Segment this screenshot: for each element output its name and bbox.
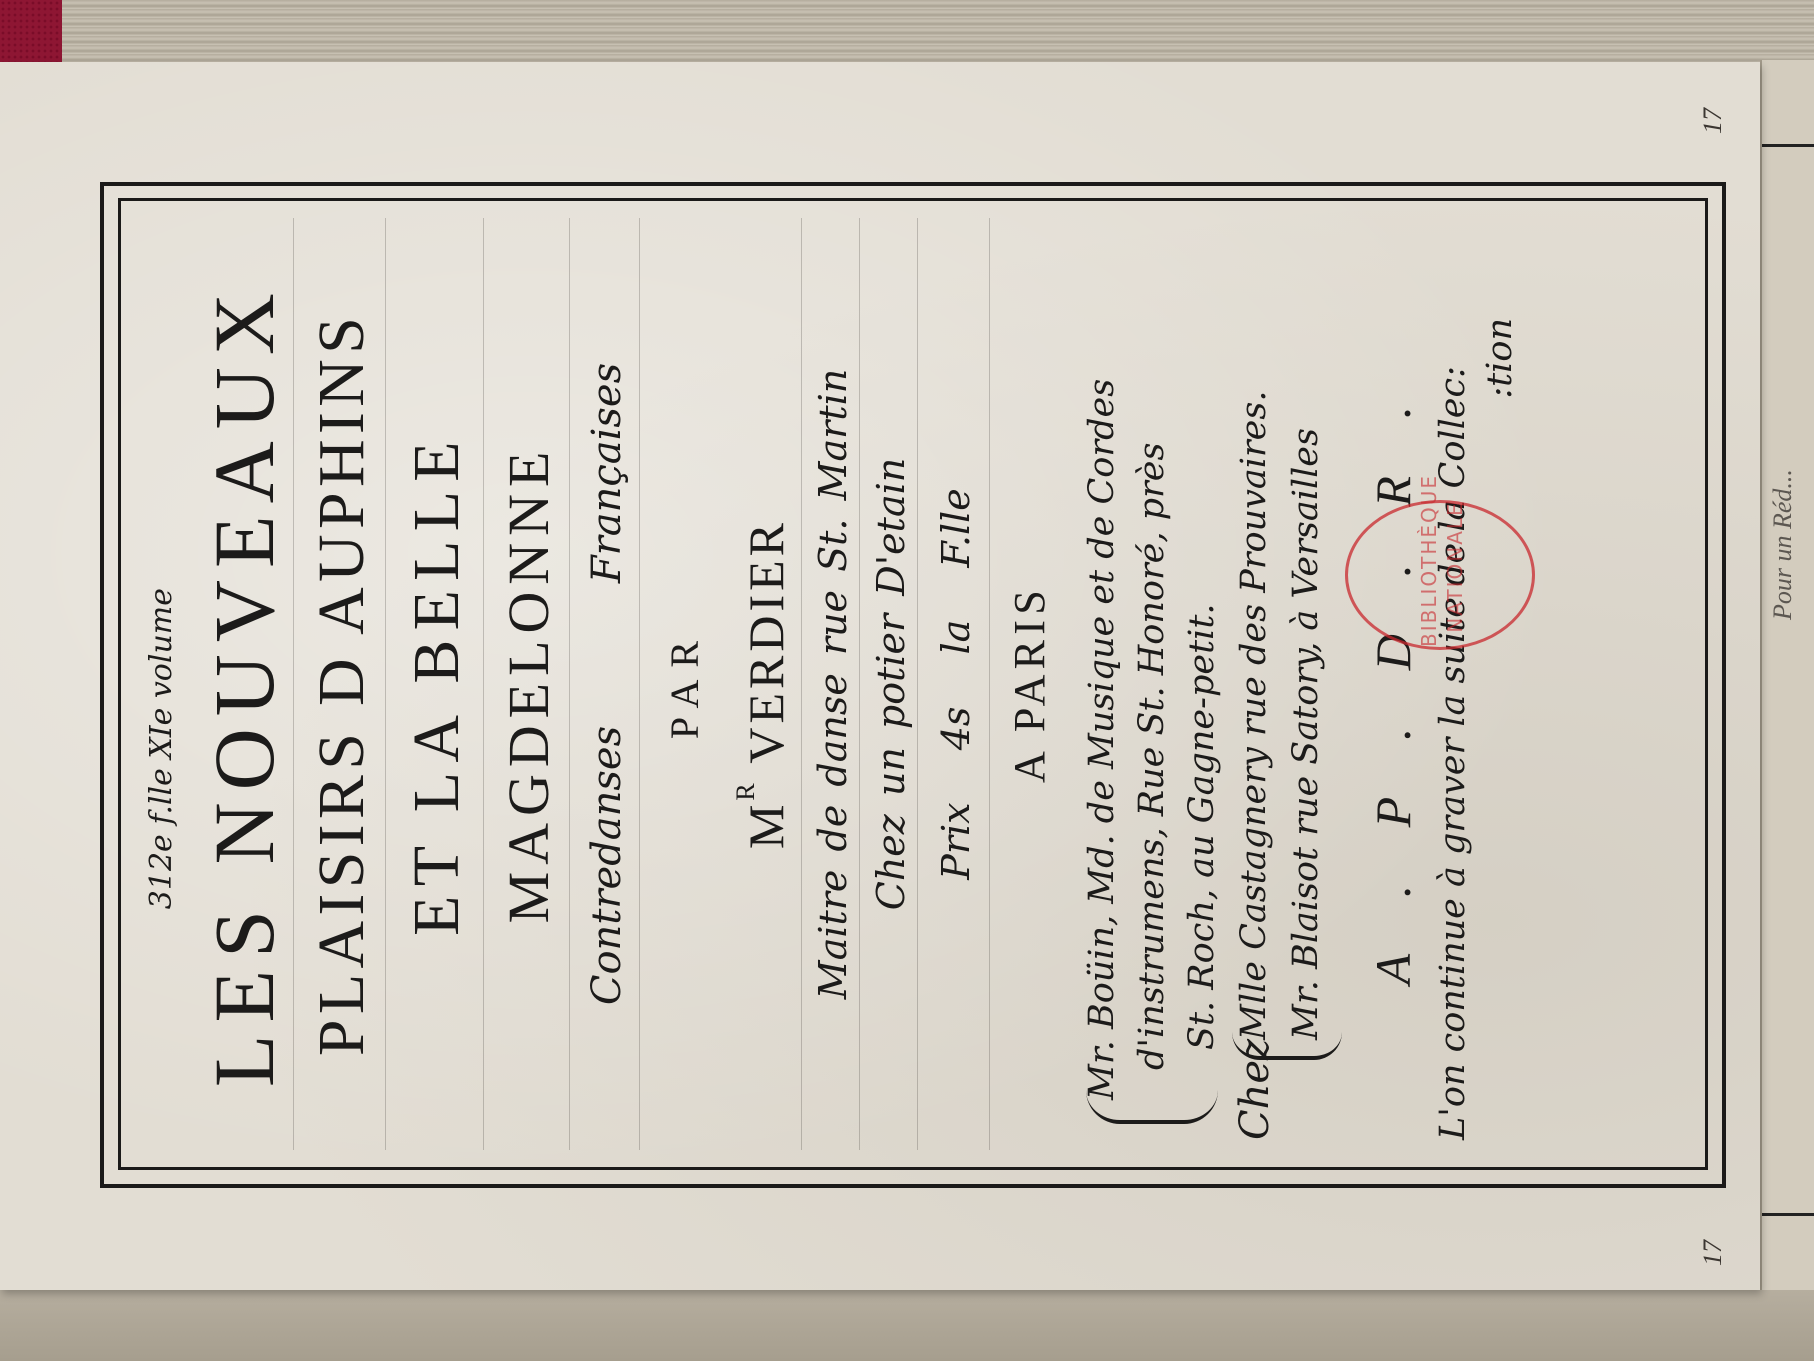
dealers-block: Chez Mr. Boüin, Md. de Musique et de Cor… (1082, 228, 1358, 1140)
price-value: 4s (934, 707, 978, 751)
continuation-line-2: :tion (1478, 318, 1522, 1140)
dealer-line-4: Mlle Castagnery rue des Prouvaires. (1234, 391, 1274, 1040)
chez-label: Chez (1232, 1039, 1278, 1140)
adjacent-page-rule-bottom (1762, 1213, 1814, 1216)
dealer-line-3: St. Roch, au Gagne-petit. (1182, 603, 1222, 1050)
volume-line: 312e f.lle XIe volume (132, 588, 192, 1140)
price-line: Prix 4s la F.lle (920, 228, 992, 1140)
bottom-edge (0, 1290, 1814, 1361)
folio-number-top: 17 (1698, 108, 1728, 134)
author-name: VERDIER (738, 519, 794, 764)
dealer-line-5: Mr. Blaisot rue Satory, à Versailles (1286, 428, 1326, 1040)
privilege-mark: A . P . D . R . (1358, 228, 1428, 1140)
adjacent-page: Pour un Réd... (1760, 60, 1814, 1361)
author-prefix-sup: R (731, 779, 760, 800)
price-label: Prix (934, 802, 978, 879)
author: MR VERDIER (728, 228, 804, 1140)
title-line-1: LES NOUVEAUX (192, 228, 296, 1140)
stamp-text: BIBLIOTHÈQUE NATIONALE (1416, 487, 1468, 647)
library-stamp: BIBLIOTHÈQUE NATIONALE (1345, 500, 1535, 650)
city-line: A PARIS (992, 228, 1068, 1140)
red-binding-corner (0, 0, 62, 70)
title-line-3: ET LA BELLE (388, 228, 486, 1140)
by-line: PAR (642, 228, 728, 1140)
title-page-text: 312e f.lle XIe volume LES NOUVEAUX PLAIS… (118, 198, 1708, 1170)
title-line-2: PLAISIRS D AUPHINS (296, 228, 388, 1140)
price-unit: la F.lle (934, 488, 978, 654)
continuation-line-1: L'on continue à graver la suite de la Co… (1428, 228, 1478, 1140)
title-line-4: MAGDELONNE (486, 228, 572, 1140)
author-prefix: M (738, 801, 794, 849)
dealer-line-1: Mr. Boüin, Md. de Musique et de Cordes (1082, 379, 1122, 1100)
adjacent-page-rule-top (1762, 144, 1814, 147)
adjacent-page-fragment: Pour un Réd... (1768, 300, 1808, 620)
subtitle: Contredanses Françaises (572, 228, 642, 1140)
folio-number-bottom: 17 (1698, 1240, 1728, 1266)
author-address-2: Chez un potier D'etain (862, 228, 920, 1140)
dealer-line-2: d'instrumens, Rue St. Honoré, près (1132, 443, 1172, 1070)
author-address-1: Maitre de danse rue St. Martin (804, 228, 862, 1140)
